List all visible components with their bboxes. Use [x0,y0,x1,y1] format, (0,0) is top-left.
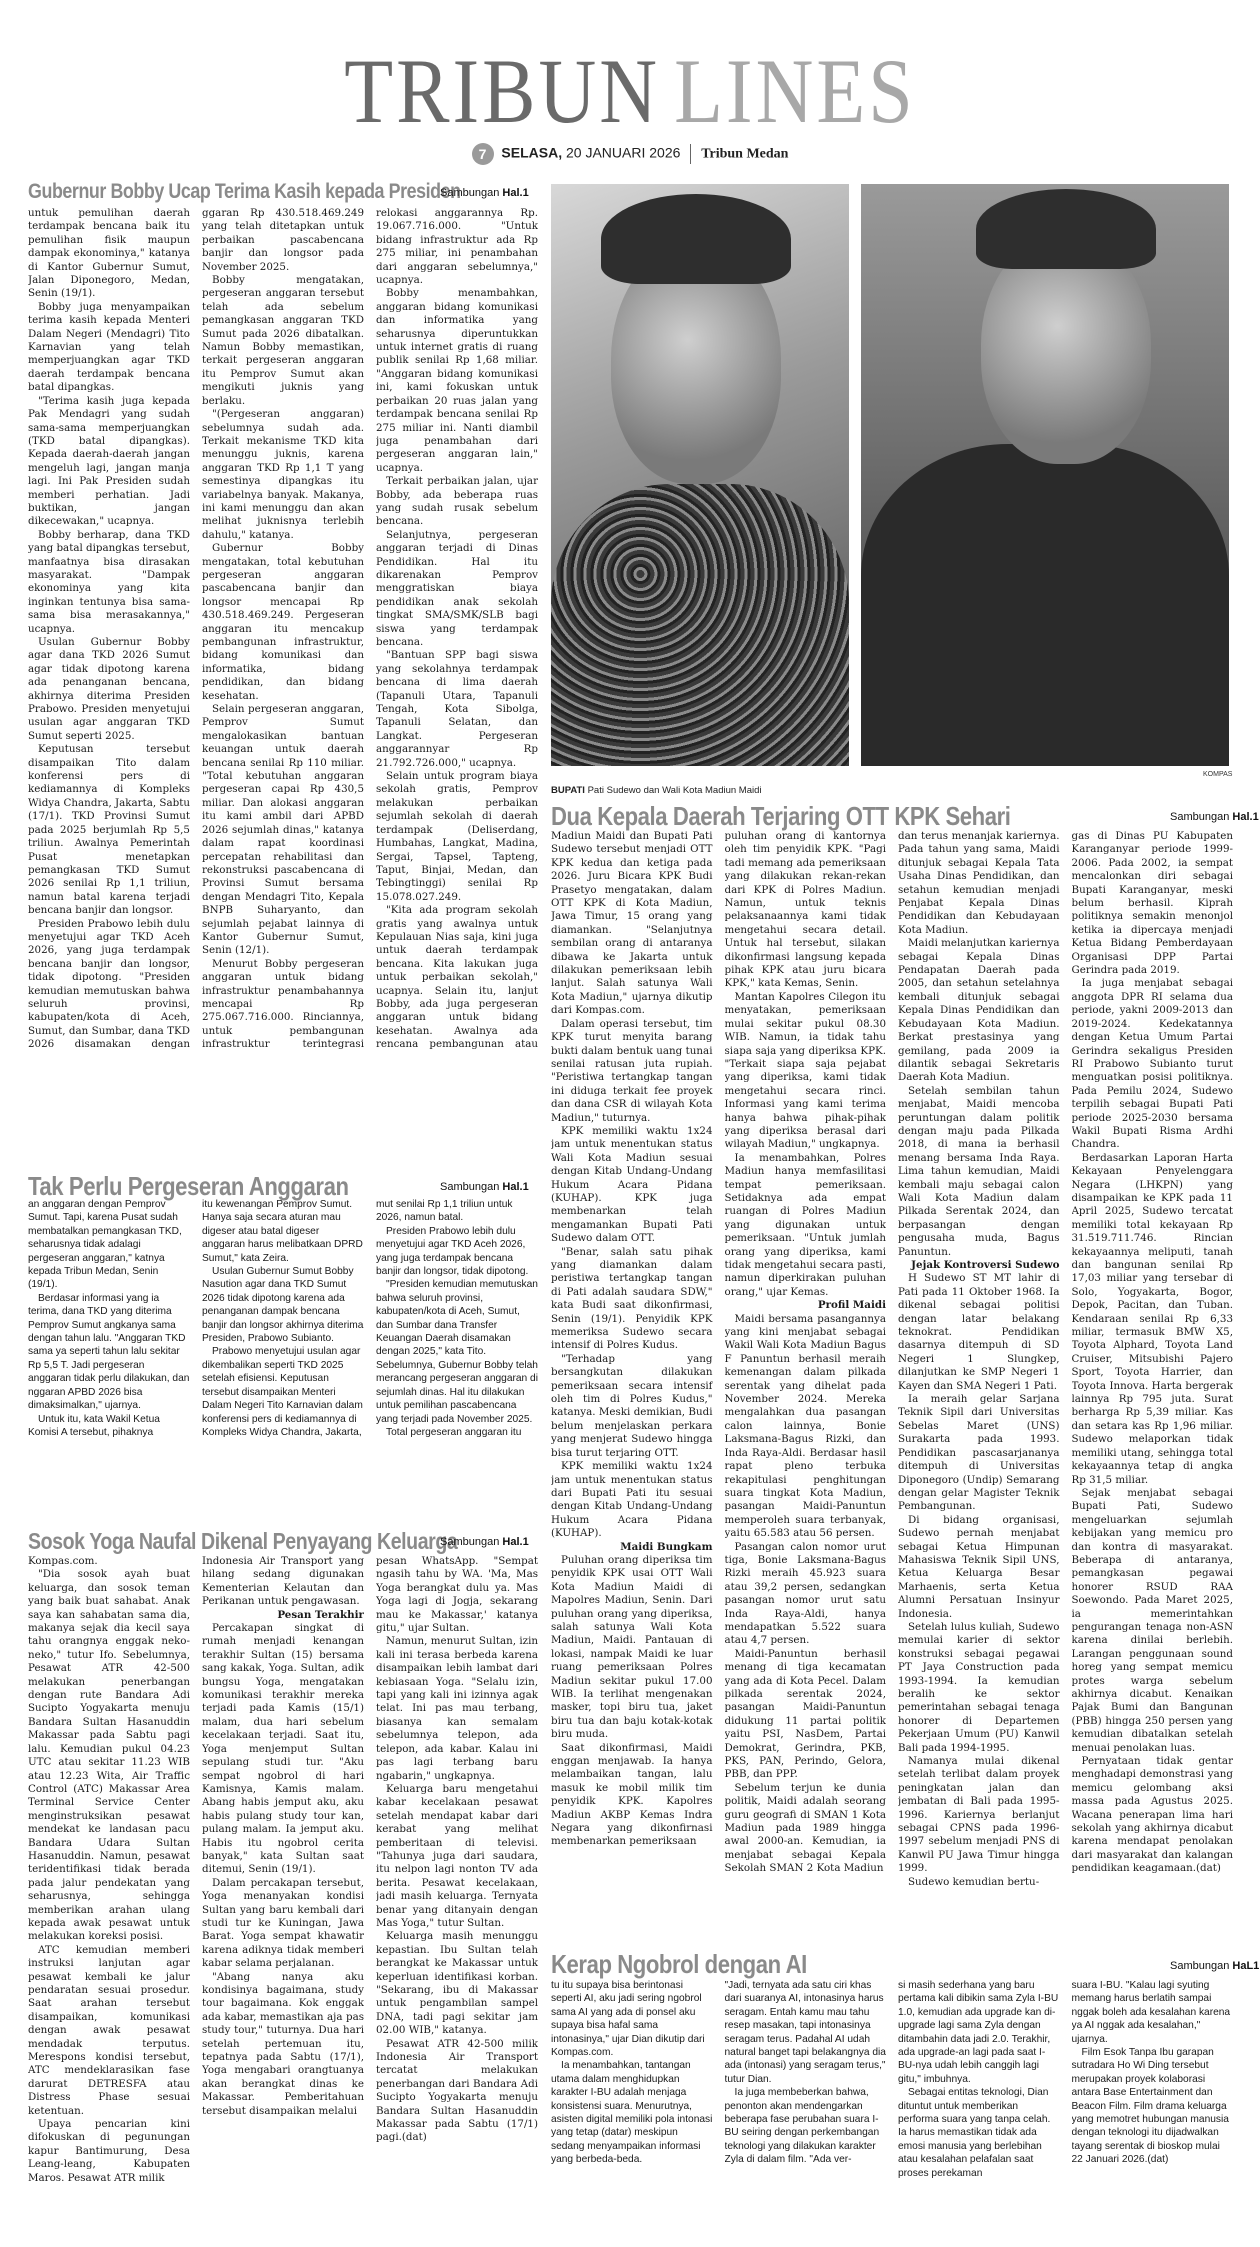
photo-sudewo [551,184,849,766]
paragraph: itu kewenangan Pemprov Sumut. Hanya saja… [202,1198,364,1265]
paragraph: Bobby mengatakan, pergeseran anggaran te… [202,274,364,408]
paragraph: Usulan Gubernur Sumut Bobby Nasution aga… [202,1265,364,1345]
paragraph: Berdasar informasi yang ia terima, dana … [28,1292,190,1413]
paragraph: Bobby juga menyampaikan terima kasih kep… [28,301,190,395]
paragraph: tu itu supaya bisa berintonasi seperti A… [551,1979,713,2059]
paragraph: Upaya pencarian kini difokuskan di pegun… [28,2118,190,2185]
paragraph: KPK memiliki waktu 1x24 jam untuk menent… [551,1460,713,1540]
paragraph: Menurut Bobby pergeseran anggaran untuk … [202,958,364,1049]
paragraph: Total pergeseran anggaran itu mencapai R… [376,1426,538,1438]
paragraph: Madiun Maidi dan Bupati Pati Sudewo ters… [551,830,713,1018]
paragraph: an anggaran dengan Pemprov Sumut. Tapi, … [28,1198,190,1292]
paragraph: H Sudewo ST MT lahir di Pati pada 11 Okt… [898,1272,1060,1393]
paragraph: Mantan Kapolres Cilegon itu menyatakan, … [725,991,887,1152]
paragraph: puluhan orang di kantornya oleh tim peny… [725,830,887,991]
article-column: suara I-BU. "Kalau lagi syuting memang h… [1072,1979,1234,2179]
paragraph: Bobby menambahkan, anggaran bidang komun… [376,287,538,475]
article-column: tu itu supaya bisa berintonasi seperti A… [551,1979,713,2179]
paragraph: suara I-BU. "Kalau lagi syuting memang h… [1072,1979,1234,2046]
paragraph: Gubernur Bobby mengatakan, total kebutuh… [202,542,364,703]
paragraph: Keluarga masih menunggu kepastian. Ibu S… [376,1930,538,2037]
paragraph: dan terus menanjak kariernya. Pada tahun… [898,830,1060,937]
headline-ai: Kerap Ngobrol dengan AI [551,1951,807,1977]
paragraph: Bobby berharap, dana TKD yang batal dipa… [28,529,190,636]
paragraph: Pasangan calon nomor urut tiga, Bonie La… [725,1541,887,1648]
photo-caption: BUPATI Pati Sudewo dan Wali Kota Madiun … [551,785,762,796]
paragraph: Sudewo kemudian bertu- [898,1876,1060,1889]
paragraph: "Terhadap yang bersangkutan dilakukan pe… [551,1353,713,1460]
continuation-label: Sambungan Hal.1 [440,1181,529,1193]
paragraph: Sebelum terjun ke dunia politik, Maidi a… [725,1782,887,1876]
paragraph: Sebagai entitas teknologi, Dian dituntut… [898,2086,1060,2179]
paragraph: Prabowo menyetujui usulan agar dikembali… [202,1345,364,1438]
headline-tak-perlu: Tak Perlu Pergeseran Anggaran [28,1173,349,1199]
paragraph: Usulan Gubernur Bobby agar dana TKD 2026… [28,636,190,743]
paragraph: Percakapan singkat di rumah menjadi kena… [202,1622,364,1877]
paragraph: Selain pergeseran anggaran, Pemprov Sumu… [202,703,364,958]
subheading: Pesan Terakhir [202,1609,364,1622]
paragraph: Presiden Prabowo lebih dulu menyetujui a… [376,1225,538,1279]
paragraph: Maidi bersama pasangannya yang kini menj… [725,1313,887,1541]
article-ai-body: tu itu supaya bisa berintonasi seperti A… [551,1979,1233,2179]
paragraph: "Abang nanya aku kondisinya bagaimana, s… [202,1971,364,2118]
paragraph: Terkait perbaikan jalan, ujar Bobby, ada… [376,475,538,529]
paragraph: "Presiden kemudian memutuskan bahwa selu… [376,1278,538,1425]
paragraph: Sejak menjabat sebagai Bupati Pati, Sude… [1072,1487,1234,1755]
dateline: 7 SELASA, 20 JANUARI 2026 Tribun Medan [0,143,1260,165]
paragraph: Maidi melanjutkan kariernya sebagai Kepa… [898,937,1060,1084]
article-column: relokasi anggarannya Rp. 19.067.716.000.… [376,207,538,1049]
paragraph: KPK memiliki waktu 1x24 jam untuk menent… [551,1125,713,1246]
article-column: Indonesia Air Transport yang hilang seda… [202,1555,364,2195]
subheading: Jejak Kontroversi Sudewo [898,1259,1060,1272]
paragraph: Setelah sembilan tahun menjabat, Maidi m… [898,1085,1060,1259]
date-label: 20 JANUARI 2026 [566,145,680,161]
paragraph: ATC kemudian memberi instruksi lanjutan … [28,1944,190,2118]
article-column: Madiun Maidi dan Bupati Pati Sudewo ters… [551,830,713,1943]
article-yoga-body: Kompas.com."Dia sosok ayah buat keluarga… [28,1555,538,2195]
paragraph: pesan WhatsApp. "Sempat ngasih tahu by W… [376,1555,538,1635]
paragraph: Setelah lulus kuliah, Sudewo memulai kar… [898,1621,1060,1755]
article-column: pesan WhatsApp. "Sempat ngasih tahu by W… [376,1555,538,2195]
paragraph: Selanjutnya, pergeseran anggaran terjadi… [376,529,538,650]
paragraph: relokasi anggarannya Rp. 19.067.716.000.… [376,207,538,287]
paragraph: untuk pemulihan daerah terdampak bencana… [28,207,190,301]
paragraph: Ia menambahkan, Polres Madiun hanya memf… [725,1152,887,1299]
paragraph: Namun, menurut Sultan, izin kali ini ter… [376,1635,538,1782]
article-column: itu kewenangan Pemprov Sumut. Hanya saja… [202,1198,364,1438]
publication-title: TRIBUNLINES [0,46,1260,138]
paragraph: "Bantuan SPP bagi siswa yang sekolahnya … [376,649,538,770]
paragraph: Presiden Prabowo lebih dulu menyetujui a… [28,918,190,1049]
paragraph: Keputusan tersebut disampaikan Tito dala… [28,743,190,917]
masthead: TRIBUNLINES 7 SELASA, 20 JANUARI 2026 Tr… [0,0,1260,175]
paragraph: Di bidang organisasi, Sudewo pernah menj… [898,1514,1060,1621]
paragraph: Maidi-Panuntun berhasil menang di tiga k… [725,1648,887,1782]
headline-ott: Dua Kepala Daerah Terjaring OTT KPK Seha… [551,803,1010,829]
paragraph: "Kita ada program sekolah gratis yang aw… [376,904,538,1049]
paragraph: Ia meraih gelar Sarjana Teknik Sipil dar… [898,1393,1060,1514]
article-column: ggaran Rp 430.518.469.249 yang telah dit… [202,207,364,1049]
paragraph: Ia juga membeberkan bahwa, penonton akan… [725,2086,887,2166]
paragraph: Ia menambahkan, tantangan utama dalam me… [551,2059,713,2166]
day-label: SELASA, [501,145,562,161]
headline-yoga: Sosok Yoga Naufal Dikenal Penyayang Kelu… [28,1530,457,1553]
photo-maidi [861,184,1229,766]
paragraph: Puluhan orang diperiksa tim penyidik KPK… [551,1554,713,1742]
article-bobby-body: untuk pemulihan daerah terdampak bencana… [28,207,538,1049]
continuation-label: Sambungan Hal.1 [440,1536,529,1548]
paragraph: Selain untuk program biaya sekolah grati… [376,770,538,904]
headline-bobby: Gubernur Bobby Ucap Terima Kasih kepada … [28,181,461,202]
paragraph: Kompas.com. [28,1555,190,1568]
paragraph: Film Esok Tanpa Ibu garapan sutradara Ho… [1072,2046,1234,2167]
paragraph: Berdasarkan Laporan Harta Kekayaan Penye… [1072,1152,1234,1487]
paragraph: Ia juga menjabat sebagai anggota DPR RI … [1072,977,1234,1151]
paragraph: "Dia sosok ayah buat keluarga, dan sosok… [28,1568,190,1943]
continuation-label: Sambungan Hal.1 [1170,811,1259,823]
subheading: Profil Maidi [725,1299,887,1312]
paragraph: Keluarga baru mengetahui kabar kecelakaa… [376,1783,538,1930]
paragraph: Namanya mulai dikenal setelah terlibat d… [898,1755,1060,1876]
paragraph: Saat dikonfirmasi, Maidi enggan menjawab… [551,1742,713,1849]
article-column: dan terus menanjak kariernya. Pada tahun… [898,830,1060,1943]
article-tak-perlu-body: an anggaran dengan Pemprov Sumut. Tapi, … [28,1198,538,1438]
paragraph: si masih sederhana yang baru pertama kal… [898,1979,1060,2086]
continuation-label: Sambungan Hal.1 [440,187,529,199]
article-column: an anggaran dengan Pemprov Sumut. Tapi, … [28,1198,190,1438]
paragraph: Pesawat ATR 42-500 milik Indonesia Air T… [376,2038,538,2145]
paragraph: Pernyataan tidak gentar menghadapi demon… [1072,1755,1234,1876]
continuation-label: Sambungan HaL1 [1170,1960,1259,1972]
article-column: Kompas.com."Dia sosok ayah buat keluarga… [28,1555,190,2195]
article-column: si masih sederhana yang baru pertama kal… [898,1979,1060,2179]
paragraph: Dalam percakapan tersebut, Yoga menanyak… [202,1877,364,1971]
article-column: "Jadi, ternyata ada satu ciri khas dari … [725,1979,887,2179]
article-column: gas di Dinas PU Kabupaten Karanganyar pe… [1072,830,1234,1943]
paragraph: "Benar, salah satu pihak yang diamankan … [551,1246,713,1353]
subheading: Maidi Bungkam [551,1541,713,1554]
paragraph: mut senilai Rp 1,1 triliun untuk 2026, n… [376,1198,538,1225]
paragraph: Dalam operasi tersebut, tim KPK turut me… [551,1018,713,1125]
divider [690,144,691,164]
article-column: untuk pemulihan daerah terdampak bencana… [28,207,190,1049]
paragraph: ggaran Rp 430.518.469.249 yang telah dit… [202,207,364,274]
paragraph: Untuk itu, kata Wakil Ketua Komisi A ter… [28,1413,190,1439]
brand-logo: Tribun Medan [701,147,788,162]
article-column: mut senilai Rp 1,1 triliun untuk 2026, n… [376,1198,538,1438]
photo-credit: KOMPAS [1203,771,1232,778]
page-number-badge: 7 [472,143,494,165]
article-column: puluhan orang di kantornya oleh tim peny… [725,830,887,1943]
paragraph: gas di Dinas PU Kabupaten Karanganyar pe… [1072,830,1234,977]
paragraph: "Jadi, ternyata ada satu ciri khas dari … [725,1979,887,2086]
paragraph: "Terima kasih juga kepada Pak Mendagri y… [28,395,190,529]
paragraph: Indonesia Air Transport yang hilang seda… [202,1555,364,1609]
paragraph: "(Pergeseran anggaran) sebelumnya sudah … [202,408,364,542]
article-ott-body: Madiun Maidi dan Bupati Pati Sudewo ters… [551,830,1233,1943]
